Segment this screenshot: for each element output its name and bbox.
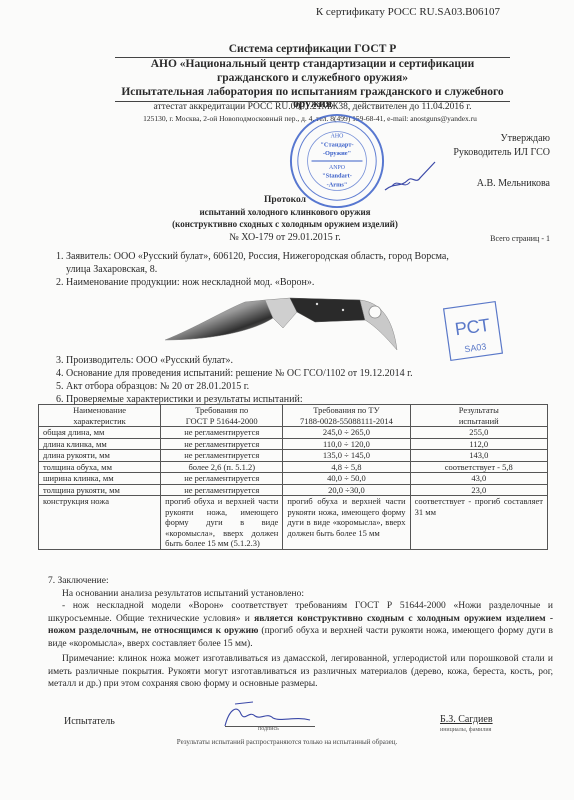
- cell-tu: 135,0 ÷ 145,0: [283, 450, 410, 462]
- approver-name: А.В. Мельникова: [420, 178, 550, 189]
- knife-image-icon: [155, 288, 405, 358]
- stamp-line1: АНО: [331, 133, 344, 139]
- protocol-title: Протокол: [60, 195, 510, 205]
- cell-characteristic: толщина обуха, мм: [39, 461, 161, 473]
- stamp-line3: -Оружие": [323, 150, 351, 157]
- certificate-reference: К сертификату РОСС RU.SA03.B06107: [0, 6, 500, 18]
- table-row: толщина рукояти, мм не регламентируется …: [39, 484, 548, 496]
- cell-tu: 20,0 ÷30,0: [283, 484, 410, 496]
- cell-gost: не регламентируется: [161, 427, 283, 439]
- item-3-text: 3. Производитель: ООО «Русский булат».: [56, 354, 556, 367]
- rst-code: SA03: [464, 341, 487, 354]
- cell-characteristic: длина рукояти, мм: [39, 450, 161, 462]
- table-row: толщина обуха, мм более 2,6 (п. 5.1.2) 4…: [39, 461, 548, 473]
- approval-line1: Утверждаю: [400, 132, 550, 146]
- page-count: Всего страниц - 1: [430, 234, 550, 243]
- conclusion-heading: 7. Заключение:: [48, 575, 553, 588]
- cell-result: 112,0: [410, 438, 547, 450]
- cell-characteristic: толщина рукояти, мм: [39, 484, 161, 496]
- item-1-continued: улица Захаровская, 8.: [56, 263, 556, 276]
- cell-characteristic: длина клинка, мм: [39, 438, 161, 450]
- footer-note: Результаты испытаний распространяются то…: [0, 738, 574, 746]
- conclusion-note: Примечание: клинок ножа может изготавлив…: [48, 653, 553, 691]
- cell-gost: прогиб обуха и верхней части рукояти нож…: [161, 496, 283, 550]
- cell-result: соответствует - 5,8: [410, 461, 547, 473]
- cell-gost: не регламентируется: [161, 450, 283, 462]
- cell-result: 143,0: [410, 450, 547, 462]
- protocol-subtitle: испытаний холодного клинкового оружия: [60, 207, 510, 217]
- item-applicant: 1. Заявитель: ООО «Русский булат», 60612…: [56, 250, 556, 289]
- cell-gost: не регламентируется: [161, 438, 283, 450]
- cell-result: 23,0: [410, 484, 547, 496]
- cell-characteristic: конструкция ножа: [39, 496, 161, 550]
- cell-gost: более 2,6 (п. 5.1.2): [161, 461, 283, 473]
- characteristics-table: Наименованиехарактеристик Требования поГ…: [38, 404, 548, 550]
- certification-system-title: Система сертификации ГОСТ Р: [115, 43, 510, 55]
- approval-block: Утверждаю Руководитель ИЛ ГСО: [400, 132, 550, 160]
- conclusion-intro: На основании анализа результатов испытан…: [48, 588, 553, 601]
- table-row: длина клинка, мм не регламентируется 110…: [39, 438, 548, 450]
- header-characteristic: Наименованиехарактеристик: [39, 405, 161, 427]
- stamp-line2: "Стандарт-: [320, 141, 353, 148]
- cell-result: соответствует - прогиб составляет 31 мм: [410, 496, 547, 550]
- stamp-line6: -Arms": [327, 181, 348, 188]
- cell-tu: 40,0 ÷ 50,0: [283, 473, 410, 485]
- protocol-subtitle-2: (конструктивно сходных с холодным оружие…: [60, 219, 510, 229]
- rst-logo: РСТ: [454, 315, 492, 340]
- cell-tu: прогиб обуха и верхней части рукояти нож…: [283, 496, 410, 550]
- header-gost-requirement: Требования поГОСТ Р 51644-2000: [161, 405, 283, 427]
- header-tu-requirement: Требования по ТУ7188-0028-55088111-2014: [283, 405, 410, 427]
- cell-characteristic: общая длина, мм: [39, 427, 161, 439]
- cell-tu: 245,0 ÷ 265,0: [283, 427, 410, 439]
- table-row: длина рукояти, мм не регламентируется 13…: [39, 450, 548, 462]
- item-1-text: 1. Заявитель: ООО «Русский булат», 60612…: [56, 250, 556, 263]
- table-header-row: Наименованиехарактеристик Требования поГ…: [39, 405, 548, 427]
- conclusion-text: - нож нескладной модели «Ворон» соответс…: [48, 600, 553, 650]
- cell-result: 255,0: [410, 427, 547, 439]
- cell-gost: не регламентируется: [161, 484, 283, 496]
- table-row: общая длина, мм не регламентируется 245,…: [39, 427, 548, 439]
- approval-line2: Руководитель ИЛ ГСО: [400, 146, 550, 160]
- conclusion-section: 7. Заключение: На основании анализа резу…: [48, 575, 553, 691]
- tester-name-caption: инициалы, фамилия: [440, 727, 491, 733]
- signature-caption: подпись: [258, 726, 279, 732]
- organization-name: АНО «Национальный центр стандартизации и…: [115, 57, 510, 85]
- item-4-text: 4. Основание для проведения испытаний: р…: [56, 367, 556, 380]
- cell-tu: 110,0 ÷ 120,0: [283, 438, 410, 450]
- cell-gost: не регламентируется: [161, 473, 283, 485]
- stamp-line5: "Standart-: [322, 173, 352, 180]
- accreditation-line: аттестат аккредитации РОСС RU.0001.21МЖ3…: [115, 102, 510, 112]
- table-row: конструкция ножа прогиб обуха и верхней …: [39, 496, 548, 550]
- table-row: ширина клинка, мм не регламентируется 40…: [39, 473, 548, 485]
- tester-role: Испытатель: [64, 716, 115, 727]
- stamp-line4: ANPO: [329, 165, 345, 171]
- cell-tu: 4,8 ÷ 5,8: [283, 461, 410, 473]
- items-list-continued: 3. Производитель: ООО «Русский булат». 4…: [56, 354, 556, 406]
- header-test-result: Результатыиспытаний: [410, 405, 547, 427]
- cell-characteristic: ширина клинка, мм: [39, 473, 161, 485]
- cell-result: 43,0: [410, 473, 547, 485]
- tester-name: Б.З. Сагдиев: [440, 714, 493, 725]
- item-5-text: 5. Акт отбора образцов: № 20 от 28.01.20…: [56, 380, 556, 393]
